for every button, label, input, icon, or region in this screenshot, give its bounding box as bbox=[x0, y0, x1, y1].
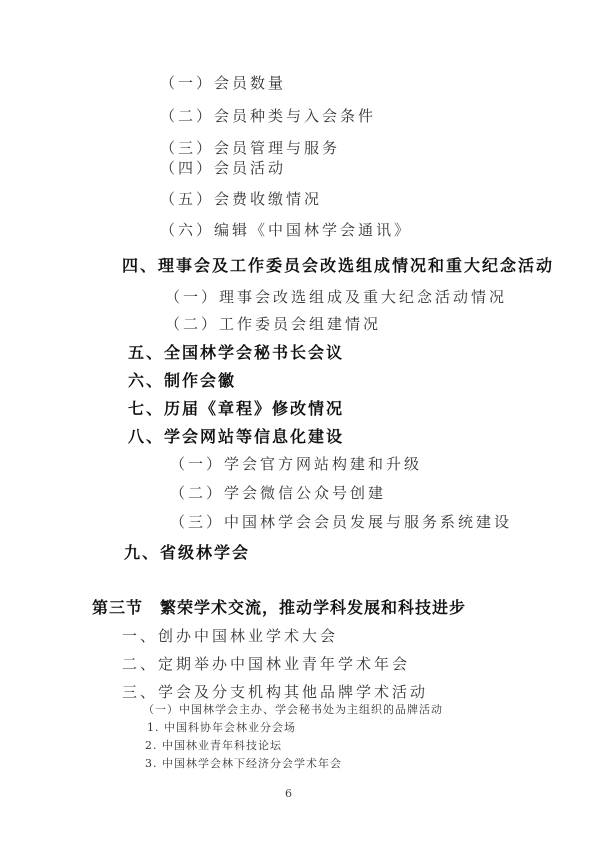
toc-subitem: （一）学会官方网站构建和升级 bbox=[170, 453, 422, 474]
toc-item: （二）会员种类与入会条件 bbox=[160, 105, 376, 126]
toc-subitem: （一）中国林学会主办、学会秘书处为主组织的品牌活动 bbox=[143, 701, 443, 717]
section-heading: 第三节 繁荣学术交流，推动学科发展和科技进步 bbox=[92, 595, 466, 618]
toc-item: 一、创办中国林业学术大会 bbox=[122, 625, 338, 646]
toc-subitem: （二）工作委员会组建情况 bbox=[165, 313, 381, 334]
toc-numbered-item: 3. 中国林学会林下经济分会学术年会 bbox=[145, 755, 342, 771]
toc-heading: 四、理事会及工作委员会改选组成情况和重大纪念活动 bbox=[122, 253, 554, 276]
toc-item: （六）编辑《中国林学会通讯》 bbox=[160, 219, 412, 240]
toc-item: 二、定期举办中国林业青年学术年会 bbox=[122, 653, 410, 674]
toc-heading: 八、学会网站等信息化建设 bbox=[128, 424, 344, 447]
toc-subitem: （二）学会微信公众号创建 bbox=[170, 482, 386, 503]
toc-item: （一）会员数量 bbox=[160, 72, 286, 93]
toc-heading: 六、制作会徽 bbox=[128, 368, 236, 391]
toc-heading: 五、全国林学会秘书长会议 bbox=[128, 340, 344, 363]
toc-numbered-item: 2. 中国林业青年科技论坛 bbox=[145, 737, 282, 753]
toc-heading: 七、历届《章程》修改情况 bbox=[128, 396, 344, 419]
toc-heading: 九、省级林学会 bbox=[124, 540, 250, 563]
toc-subitem: （三）中国林学会会员发展与服务系统建设 bbox=[170, 511, 512, 532]
toc-item: （四）会员活动 bbox=[160, 157, 286, 178]
toc-subitem: （一）理事会改选组成及重大纪念活动情况 bbox=[165, 286, 507, 307]
toc-item: （五）会费收缴情况 bbox=[160, 188, 322, 209]
toc-numbered-item: 1. 中国科协年会林业分会场 bbox=[147, 719, 296, 735]
toc-item: 三、学会及分支机构其他品牌学术活动 bbox=[122, 681, 428, 702]
toc-item: （三）会员管理与服务 bbox=[160, 137, 340, 158]
page-number: 6 bbox=[285, 787, 292, 800]
